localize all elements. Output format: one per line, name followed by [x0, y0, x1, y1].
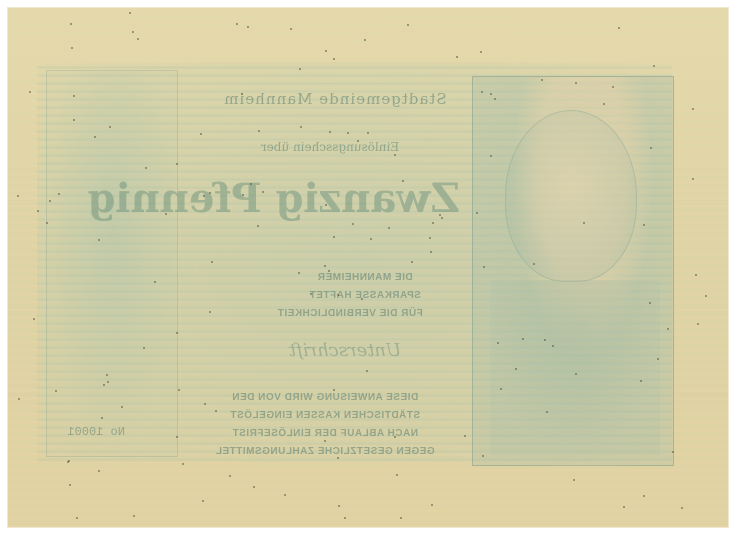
- liability-line-3: FÜR DIE VERBINDLICHKEIT: [250, 308, 450, 319]
- liability-line-1: DIE MANNHEIMER: [280, 272, 450, 283]
- left-ornament-panel: [46, 70, 178, 457]
- value-text: Zwanzig Pfennig: [190, 175, 460, 222]
- serial-number: No 10001: [55, 425, 125, 439]
- subtitle-text: Einlösungsschein über: [240, 140, 420, 154]
- terms-line-1: DIESE ANWEISUNG WIRD VON DEN: [190, 392, 460, 403]
- portrait-head: [505, 110, 637, 282]
- terms-line-2: STÄDTISCHEN KASSEN EINGELÖST: [190, 410, 460, 421]
- liability-line-2: SPARKASSE HAFTET: [280, 290, 450, 301]
- signature: Unterschrift: [230, 340, 460, 361]
- terms-line-4: GEGEN GESETZLICHE ZAHLUNGSMITTEL: [190, 446, 460, 457]
- terms-line-3: NACH ABLAUF DER EINLÖSEFRIST: [190, 428, 460, 439]
